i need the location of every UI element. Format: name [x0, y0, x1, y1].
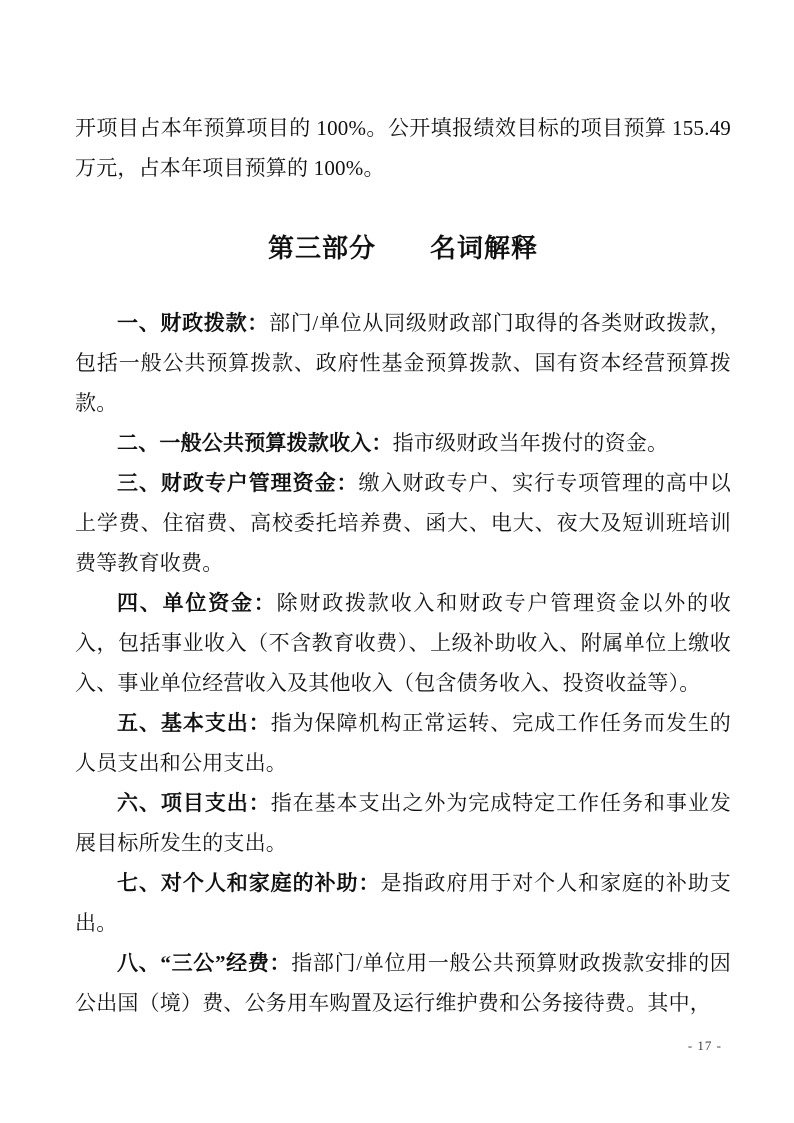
glossary-list: 一、财政拨款：部门/单位从同级财政部门取得的各类财政拨款，包括一般公共预算拨款、… — [75, 303, 731, 1023]
term-definition: 指市级财政当年拨付的资金。 — [393, 431, 669, 455]
page-number: - 17 - — [688, 1038, 722, 1054]
term-item-6: 六、项目支出：指在基本支出之外为完成特定工作任务和事业发展目标所发生的支出。 — [75, 783, 731, 863]
term-label: 二、一般公共预算拨款收入： — [117, 431, 393, 455]
term-item-5: 五、基本支出：指为保障机构正常运转、完成工作任务而发生的人员支出和公用支出。 — [75, 703, 731, 783]
term-label: 八、“三公”经费： — [117, 951, 291, 975]
term-label: 四、单位资金： — [117, 591, 277, 615]
term-label: 六、项目支出： — [117, 791, 271, 815]
term-label: 一、财政拨款： — [117, 311, 269, 335]
term-label: 七、对个人和家庭的补助： — [117, 871, 380, 895]
term-item-7: 七、对个人和家庭的补助：是指政府用于对个人和家庭的补助支出。 — [75, 863, 731, 943]
term-label: 三、财政专户管理资金： — [117, 471, 359, 495]
term-label: 五、基本支出： — [117, 711, 271, 735]
term-item-2: 二、一般公共预算拨款收入：指市级财政当年拨付的资金。 — [75, 423, 731, 463]
intro-paragraph: 开项目占本年预算项目的 100%。公开填报绩效目标的项目预算 155.49 万元… — [75, 108, 731, 188]
term-item-3: 三、财政专户管理资金：缴入财政专户、实行专项管理的高中以上学费、住宿费、高校委托… — [75, 463, 731, 583]
document-body: 开项目占本年预算项目的 100%。公开填报绩效目标的项目预算 155.49 万元… — [75, 108, 731, 1023]
term-item-8: 八、“三公”经费：指部门/单位用一般公共预算财政拨款安排的因公出国（境）费、公务… — [75, 943, 731, 1023]
term-item-1: 一、财政拨款：部门/单位从同级财政部门取得的各类财政拨款，包括一般公共预算拨款、… — [75, 303, 731, 423]
section-heading: 第三部分 名词解释 — [75, 229, 731, 269]
term-item-4: 四、单位资金：除财政拨款收入和财政专户管理资金以外的收入，包括事业收入（不含教育… — [75, 583, 731, 703]
